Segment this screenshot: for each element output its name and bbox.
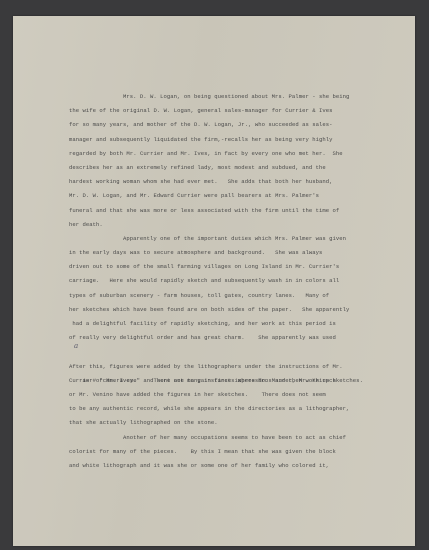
text-line: driven out to some of the small farming … [69,260,409,274]
text-line: had a delightful facility of rapidly ske… [69,317,409,331]
text-line: for so many years, and mother of the D. … [69,118,409,132]
text-line: and white lithograph and it was she or s… [69,459,409,473]
text-line-annotated: a as # "camera eye" and sent out to gain… [69,345,409,359]
text-line: Currier or Mr. Ives. There are many inst… [69,374,409,388]
text-line: of really very delightful order and has … [69,331,409,345]
handwritten-annotation: a [74,339,78,353]
text-line: her death. [69,218,409,232]
text-line: that she actually lithographed on the st… [69,416,409,430]
text-line: describes her as an extremely refined la… [69,161,409,175]
text-line: manager and subsequently liquidated the … [69,133,409,147]
text-line: Apparently one of the important duties w… [69,232,409,246]
text-line: her sketches which have been found are o… [69,303,409,317]
text-line: to be any authentic record, while she ap… [69,402,409,416]
text-line: colorist for many of the pieces. By this… [69,445,409,459]
text-line: hardest working woman whom she had ever … [69,175,409,189]
text-line: After this, figures were added by the li… [69,360,409,374]
text-line: Mrs. D. W. Logan, on being questioned ab… [69,90,409,104]
text-line: Mr. D. W. Logan, and Mr. Edward Currier … [69,189,409,203]
text-line: Another of her many occupations seems to… [69,431,409,445]
text-line: funeral and that she was more or less as… [69,204,409,218]
text-line: or Mr. Venino have added the figures in … [69,388,409,402]
text-line: the wife of the original D. W. Logan, ge… [69,104,409,118]
text-line: regarded by both Mr. Currier and Mr. Ive… [69,147,409,161]
text-line: types of suburban scenery - farm houses,… [69,289,409,303]
typed-text-body: Mrs. D. W. Logan, on being questioned ab… [69,90,409,473]
text-line: carriage. Here she would rapidly sketch … [69,274,409,288]
text-line: in the early days was to secure atmosphe… [69,246,409,260]
